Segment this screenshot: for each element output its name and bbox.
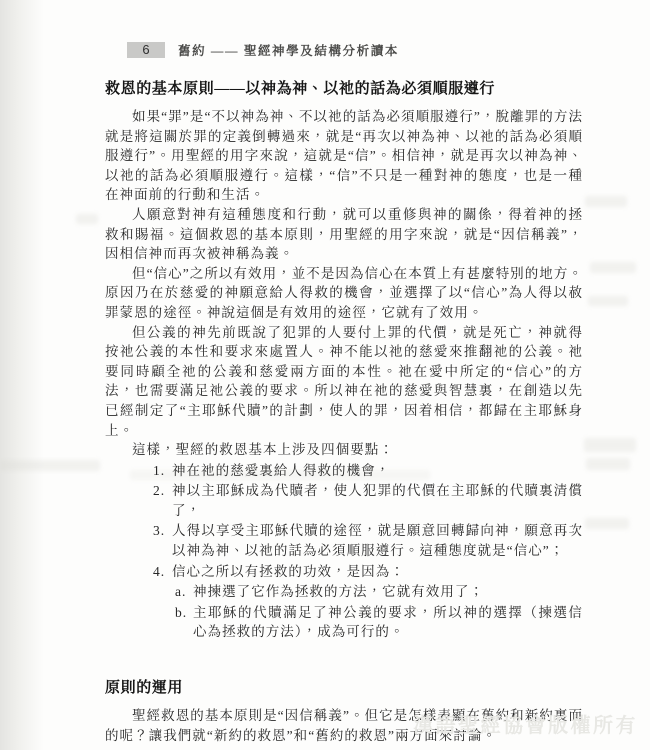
page-header: 6 舊約 —— 聖經神學及結構分析讀本 (127, 41, 399, 59)
page-content: 救恩的基本原則——以神為神、以祂的話為必須順服遵行 如果“罪”是“不以神為神、不… (105, 77, 583, 745)
paragraph-2: 人願意對神有這種態度和行動，就可以重修與神的關係，得着神的拯救和賜福。這個救恩的… (105, 205, 583, 264)
sublist-item-b: b. 主耶穌的代贖滿足了神公義的要求，所以神的選擇（揀選信心為拯救的方法），成為… (175, 603, 583, 642)
list-item-text: 信心之所以有拯救的功效，是因為： (172, 562, 583, 582)
list-item-number: 2. (153, 481, 172, 520)
scan-bleedthrough-smudge (585, 196, 627, 207)
scan-edge-shadow (0, 0, 44, 750)
list-item-3: 3. 人得以享受主耶穌代贖的途徑，就是願意回轉歸向神，願意再次以神為神、以祂的話… (153, 521, 583, 560)
scanned-book-page: 6 舊約 —— 聖經神學及結構分析讀本 救恩的基本原則——以神為神、以祂的話為必… (0, 0, 650, 750)
scan-bleedthrough-smudge (585, 518, 629, 529)
copyright-watermark: 漢語聖經協會版權所有 (413, 709, 638, 738)
list-item-number: 3. (153, 521, 172, 560)
scan-bleedthrough-smudge (588, 296, 628, 306)
paragraph-1: 如果“罪”是“不以神為神、不以祂的話為必須順服遵行”，脫離罪的方法就是將這關於罪… (105, 107, 583, 205)
section-heading-salvation-principle: 救恩的基本原則——以神為神、以祂的話為必須順服遵行 (105, 77, 583, 98)
paragraph-3: 但“信心”之所以有效用，並不是因為信心在本質上有甚麼特別的地方。原因乃在於慈愛的… (105, 264, 583, 323)
list-item-text: 神以主耶穌成為代贖者，使人犯罪的代價在主耶穌的代贖裏清償了， (172, 481, 583, 520)
list-item-text: 神在祂的慈愛裏給人得救的機會， (172, 461, 583, 481)
list-item-text: 人得以享受主耶穌代贖的途徑，就是願意回轉歸向神，願意再次以神為神、以祂的話為必須… (172, 521, 583, 560)
page-number-badge: 6 (127, 42, 165, 58)
paragraph-list-intro: 這樣，聖經的救恩基本上涉及四個要點： (105, 440, 583, 460)
sublist-item-letter: b. (175, 603, 193, 642)
list-item-1: 1. 神在祂的慈愛裏給人得救的機會， (153, 461, 583, 481)
sublist-item-a: a. 神揀選了它作為拯救的方法，它就有效用了； (175, 582, 583, 602)
sublist-item-text: 神揀選了它作為拯救的方法，它就有效用了； (193, 582, 583, 602)
list-item-number: 1. (153, 461, 172, 481)
scan-bleedthrough-smudge (590, 262, 636, 273)
scan-bleedthrough-smudge (586, 458, 630, 470)
scan-bleedthrough-smudge (584, 438, 636, 452)
sublist-item-letter: a. (175, 582, 193, 602)
book-title: 舊約 —— 聖經神學及結構分析讀本 (178, 41, 399, 59)
list-item-2: 2. 神以主耶穌成為代贖者，使人犯罪的代價在主耶穌的代贖裏清償了， (153, 481, 583, 520)
list-item-number: 4. (153, 562, 172, 582)
key-points-list: 1. 神在祂的慈愛裏給人得救的機會， 2. 神以主耶穌成為代贖者，使人犯罪的代價… (153, 461, 583, 642)
sublist-item-text: 主耶穌的代贖滿足了神公義的要求，所以神的選擇（揀選信心為拯救的方法），成為可行的… (193, 603, 583, 642)
paragraph-4: 但公義的神先前既說了犯罪的人要付上罪的代價，就是死亡，神就得按祂公義的本性和要求… (105, 323, 583, 441)
scan-bleedthrough-smudge (76, 214, 98, 224)
key-points-sublist: a. 神揀選了它作為拯救的方法，它就有效用了； b. 主耶穌的代贖滿足了神公義的… (175, 582, 583, 642)
list-item-4: 4. 信心之所以有拯救的功效，是因為： (153, 562, 583, 582)
scan-bleedthrough-smudge (0, 460, 100, 471)
section-heading-application: 原則的運用 (105, 676, 583, 697)
